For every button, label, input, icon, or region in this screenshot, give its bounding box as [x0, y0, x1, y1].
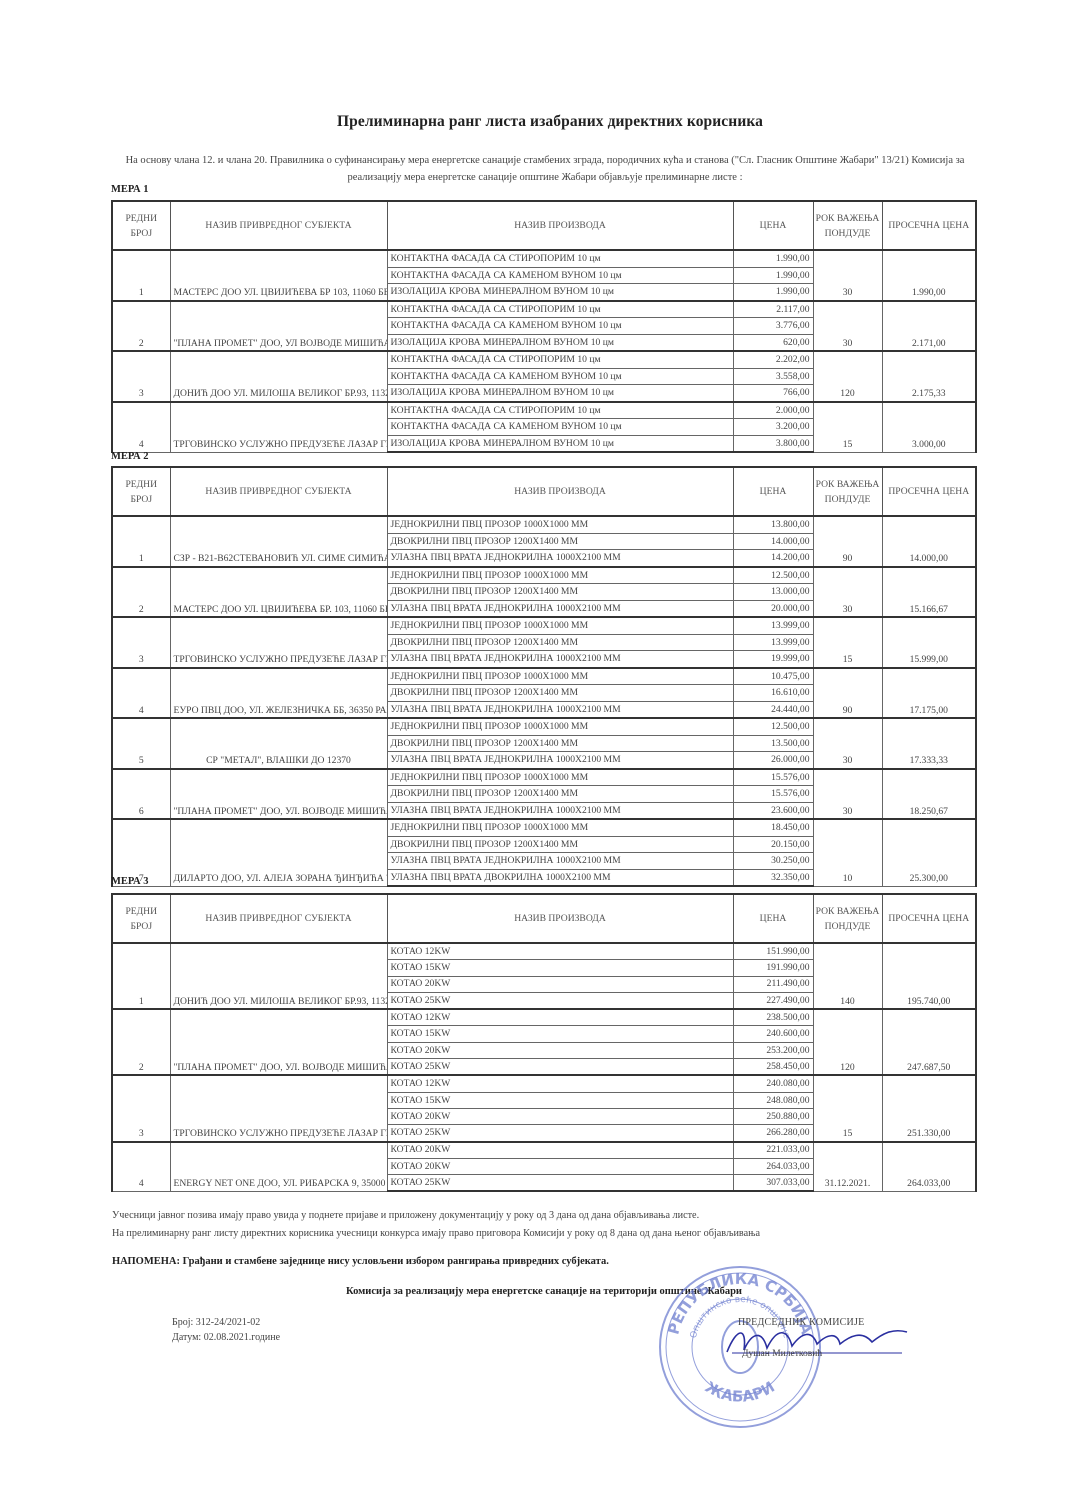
product-price: 264.033,00: [733, 1158, 813, 1174]
product-name: УЛАЗНА ПВЦ ВРАТА ЈЕДНОКРИЛНА 1000Х2100 М…: [387, 802, 733, 819]
product-price: 15.576,00: [733, 769, 813, 786]
product-name: КОНТАКТНА ФАСАДА СА КАМЕНОМ ВУНОМ 10 цм: [387, 318, 733, 335]
average-price: 15.999,00: [882, 617, 976, 668]
product-name: ИЗОЛАЦИЈА КРОВА МИНЕРАЛНОМ ВУНОМ 10 цм: [387, 284, 733, 301]
product-name: КОНТАКТНА ФАСАДА СА КАМЕНОМ ВУНОМ 10 цм: [387, 419, 733, 436]
average-price: 264.033,00: [882, 1142, 976, 1192]
average-price: 2.171,00: [882, 301, 976, 352]
entry-rank: 2: [112, 567, 170, 618]
product-name: КОТАО 20KW: [387, 1158, 733, 1174]
product-name: ДВОКРИЛНИ ПВЦ ПРОЗОР 1200Х1400 ММ: [387, 685, 733, 702]
average-price: 18.250,67: [882, 769, 976, 820]
product-name: УЛАЗНА ПВЦ ВРАТА ЈЕДНОКРИЛНА 1000Х2100 М…: [387, 701, 733, 718]
company-name: "ПЛАНА ПРОМЕТ" ДОО, УЛ ВОЈВОДЕ МИШИЋА БР…: [170, 301, 387, 352]
header-product: НАЗИВ ПРОИЗВОДА: [387, 467, 733, 516]
product-name: КОТАО 25KW: [387, 1175, 733, 1192]
company-name: СЗР - В21-В62СТЕВАНОВИЋ УЛ. СИМЕ СИМИЋА …: [170, 516, 387, 567]
entry-rank: 3: [112, 351, 170, 402]
product-price: 12.500,00: [733, 567, 813, 584]
product-price: 2.117,00: [733, 301, 813, 318]
product-name: КОТАО 15KW: [387, 1026, 733, 1042]
product-name: КОТАО 20KW: [387, 1042, 733, 1058]
entry-rank: 3: [112, 617, 170, 668]
product-name: УЛАЗНА ПВЦ ВРАТА ЈЕДНОКРИЛНА 1000Х2100 М…: [387, 550, 733, 567]
average-price: 3.000,00: [882, 402, 976, 453]
table-row: 1МАСТЕРС ДОО УЛ. ЦВИЈИЋЕВА БР 103, 11060…: [112, 250, 976, 267]
product-name: КОТАО 20KW: [387, 976, 733, 992]
product-name: ДВОКРИЛНИ ПВЦ ПРОЗОР 1200Х1400 ММ: [387, 786, 733, 803]
company-name: "ПЛАНА ПРОМЕТ" ДОО, УЛ. ВОЈВОДЕ МИШИЋА Б…: [170, 769, 387, 820]
product-price: 13.500,00: [733, 735, 813, 752]
table-header-row: РЕДНИ БРОЈНАЗИВ ПРИВРЕДНОГ СУБЈЕКТАНАЗИВ…: [112, 201, 976, 250]
product-name: ДВОКРИЛНИ ПВЦ ПРОЗОР 1200Х1400 ММ: [387, 836, 733, 853]
product-price: 18.450,00: [733, 819, 813, 836]
product-name: ИЗОЛАЦИЈА КРОВА МИНЕРАЛНОМ ВУНОМ 10 цм: [387, 334, 733, 351]
product-price: 191.990,00: [733, 960, 813, 976]
product-price: 151.990,00: [733, 943, 813, 960]
product-name: КОТАО 25KW: [387, 1125, 733, 1142]
product-price: 32.350,00: [733, 869, 813, 886]
product-price: 13.800,00: [733, 516, 813, 533]
header-validity: РОК ВАЖЕЊА ПОНДУДЕ: [813, 201, 882, 250]
company-name: ТРГОВИНСКО УСЛУЖНО ПРЕДУЗЕЋЕ ЛАЗАР ГРОУП…: [170, 402, 387, 453]
header-no: РЕДНИ БРОЈ: [112, 894, 170, 943]
product-name: КОНТАКТНА ФАСАДА СА КАМЕНОМ ВУНОМ 10 цм: [387, 267, 733, 284]
average-price: 14.000,00: [882, 516, 976, 567]
offer-validity: 120: [813, 351, 882, 402]
product-price: 13.000,00: [733, 584, 813, 601]
offer-validity: 30: [813, 250, 882, 301]
product-price: 19.999,00: [733, 651, 813, 668]
product-name: КОНТАКТНА ФАСАДА СА СТИРОПОРИМ 10 цм: [387, 402, 733, 419]
product-name: ДВОКРИЛНИ ПВЦ ПРОЗОР 1200Х1400 ММ: [387, 584, 733, 601]
table-row: 3ДОНИЋ ДОО УЛ. МИЛОША ВЕЛИКОГ БР.93, 113…: [112, 351, 976, 368]
table-row: 7ДИЛАРТО ДОО, УЛ. АЛЕЈА ЗОРАНА ЂИНЂИЋА 7…: [112, 819, 976, 836]
product-name: ДВОКРИЛНИ ПВЦ ПРОЗОР 1200Х1400 ММ: [387, 634, 733, 651]
product-price: 227.490,00: [733, 992, 813, 1009]
note-line-2: На прелиминарну ранг листу директних кор…: [112, 1228, 760, 1239]
product-name: УЛАЗНА ПВЦ ВРАТА ЈЕДНОКРИЛНА 1000Х2100 М…: [387, 651, 733, 668]
product-price: 12.500,00: [733, 718, 813, 735]
product-price: 14.200,00: [733, 550, 813, 567]
commission-name: Комисија за реализацију мера енергетске …: [0, 1286, 1088, 1297]
mera-3-label: МЕРА 3: [111, 876, 148, 887]
product-price: 240.600,00: [733, 1026, 813, 1042]
document-title: Прелиминарна ранг листа изабраних директ…: [0, 113, 1088, 131]
product-name: КОТАО 12KW: [387, 1009, 733, 1026]
table-row: 2МАСТЕРС ДОО УЛ. ЦВИЈИЋЕВА БР. 103, 1106…: [112, 567, 976, 584]
product-name: КОТАО 20KW: [387, 1142, 733, 1159]
mera-2-label: МЕРА 2: [111, 451, 148, 462]
table-row: 3ТРГОВИНСКО УСЛУЖНО ПРЕДУЗЕЋЕ ЛАЗАР ГРОУ…: [112, 617, 976, 634]
offer-validity: 15: [813, 1075, 882, 1141]
offer-validity: 15: [813, 617, 882, 668]
entry-rank: 2: [112, 301, 170, 352]
header-company: НАЗИВ ПРИВРЕДНОГ СУБЈЕКТА: [170, 467, 387, 516]
product-name: КОНТАКТНА ФАСАДА СА СТИРОПОРИМ 10 цм: [387, 351, 733, 368]
entry-rank: 4: [112, 402, 170, 453]
offer-validity: 30: [813, 718, 882, 769]
company-name: ДОНИЋ ДОО УЛ. МИЛОША ВЕЛИКОГ БР.93, 1132…: [170, 351, 387, 402]
entry-rank: 2: [112, 1009, 170, 1075]
table-row: 2"ПЛАНА ПРОМЕТ" ДОО, УЛ. ВОЈВОДЕ МИШИЋА …: [112, 1009, 976, 1026]
product-name: ЈЕДНОКРИЛНИ ПВЦ ПРОЗОР 1000Х1000 ММ: [387, 567, 733, 584]
header-average: ПРОСЕЧНА ЦЕНА: [882, 201, 976, 250]
company-name: МАСТЕРС ДОО УЛ. ЦВИЈИЋЕВА БР 103, 11060 …: [170, 250, 387, 301]
table-header-row: РЕДНИ БРОЈНАЗИВ ПРИВРЕДНОГ СУБЈЕКТАНАЗИВ…: [112, 894, 976, 943]
entry-rank: 4: [112, 1142, 170, 1192]
product-price: 620,00: [733, 334, 813, 351]
product-price: 238.500,00: [733, 1009, 813, 1026]
product-name: ИЗОЛАЦИЈА КРОВА МИНЕРАЛНОМ ВУНОМ 10 цм: [387, 435, 733, 452]
product-name: УЛАЗНА ПВЦ ВРАТА ЈЕДНОКРИЛНА 1000Х2100 М…: [387, 600, 733, 617]
product-price: 3.776,00: [733, 318, 813, 335]
mera-1-label: МЕРА 1: [111, 184, 148, 195]
product-name: ЈЕДНОКРИЛНИ ПВЦ ПРОЗОР 1000Х1000 ММ: [387, 819, 733, 836]
product-price: 253.200,00: [733, 1042, 813, 1058]
table-row: 4ТРГОВИНСКО УСЛУЖНО ПРЕДУЗЕЋЕ ЛАЗАР ГРОУ…: [112, 402, 976, 419]
average-price: 247.687,50: [882, 1009, 976, 1075]
offer-validity: 140: [813, 943, 882, 1009]
entry-rank: 1: [112, 250, 170, 301]
product-price: 266.280,00: [733, 1125, 813, 1142]
document-number: Број: 312-24/2021-02: [172, 1317, 260, 1328]
product-price: 1.990,00: [733, 284, 813, 301]
average-price: 195.740,00: [882, 943, 976, 1009]
product-price: 16.610,00: [733, 685, 813, 702]
offer-validity: 30: [813, 301, 882, 352]
header-product: НАЗИВ ПРОИЗВОДА: [387, 201, 733, 250]
product-name: КОНТАКТНА ФАСАДА СА КАМЕНОМ ВУНОМ 10 цм: [387, 368, 733, 385]
header-validity: РОК ВАЖЕЊА ПОНДУДЕ: [813, 894, 882, 943]
product-price: 3.200,00: [733, 419, 813, 436]
average-price: 17.333,33: [882, 718, 976, 769]
average-price: 2.175,33: [882, 351, 976, 402]
mera-3-table: РЕДНИ БРОЈНАЗИВ ПРИВРЕДНОГ СУБЈЕКТАНАЗИВ…: [111, 893, 977, 1192]
table-row: 4ENERGY NET ONE ДОО, УЛ. РИБАРСКА 9, 350…: [112, 1142, 976, 1159]
product-price: 258.450,00: [733, 1059, 813, 1076]
header-average: ПРОСЕЧНА ЦЕНА: [882, 894, 976, 943]
entry-rank: 5: [112, 718, 170, 769]
product-price: 2.202,00: [733, 351, 813, 368]
table-row: 5СР "МЕТАЛ", ВЛАШКИ ДО 12370ЈЕДНОКРИЛНИ …: [112, 718, 976, 735]
product-price: 20.000,00: [733, 600, 813, 617]
header-validity: РОК ВАЖЕЊА ПОНДУДЕ: [813, 467, 882, 516]
mera-2-table: РЕДНИ БРОЈНАЗИВ ПРИВРЕДНОГ СУБЈЕКТАНАЗИВ…: [111, 466, 977, 887]
average-price: 25.300,00: [882, 819, 976, 886]
table-row: 6"ПЛАНА ПРОМЕТ" ДОО, УЛ. ВОЈВОДЕ МИШИЋА …: [112, 769, 976, 786]
product-name: КОНТАКТНА ФАСАДА СА СТИРОПОРИМ 10 цм: [387, 301, 733, 318]
product-price: 23.600,00: [733, 802, 813, 819]
product-name: ЈЕДНОКРИЛНИ ПВЦ ПРОЗОР 1000Х1000 ММ: [387, 718, 733, 735]
header-no: РЕДНИ БРОЈ: [112, 201, 170, 250]
product-name: КОТАО 15KW: [387, 960, 733, 976]
header-price: ЦЕНА: [733, 467, 813, 516]
product-price: 766,00: [733, 385, 813, 402]
header-company: НАЗИВ ПРИВРЕДНОГ СУБЈЕКТА: [170, 894, 387, 943]
table-row: 1ДОНИЋ ДОО УЛ. МИЛОША ВЕЛИКОГ БР.93, 113…: [112, 943, 976, 960]
product-price: 20.150,00: [733, 836, 813, 853]
product-price: 14.000,00: [733, 533, 813, 550]
company-name: ЕУРО ПВЦ ДОО, УЛ. ЖЕЛЕЗНИЧКА ББ, 36350 Р…: [170, 668, 387, 719]
header-no: РЕДНИ БРОЈ: [112, 467, 170, 516]
product-name: КОТАО 12KW: [387, 1075, 733, 1092]
table-row: 4ЕУРО ПВЦ ДОО, УЛ. ЖЕЛЕЗНИЧКА ББ, 36350 …: [112, 668, 976, 685]
header-price: ЦЕНА: [733, 201, 813, 250]
product-name: КОТАО 20KW: [387, 1108, 733, 1124]
header-average: ПРОСЕЧНА ЦЕНА: [882, 467, 976, 516]
header-company: НАЗИВ ПРИВРЕДНОГ СУБЈЕКТА: [170, 201, 387, 250]
product-name: УЛАЗНА ПВЦ ВРАТА ЈЕДНОКРИЛНА 1000Х2100 М…: [387, 853, 733, 870]
offer-validity: 90: [813, 516, 882, 567]
header-price: ЦЕНА: [733, 894, 813, 943]
product-name: КОНТАКТНА ФАСАДА СА СТИРОПОРИМ 10 цм: [387, 250, 733, 267]
product-name: КОТАО 15KW: [387, 1092, 733, 1108]
average-price: 15.166,67: [882, 567, 976, 618]
product-price: 10.475,00: [733, 668, 813, 685]
product-price: 307.033,00: [733, 1175, 813, 1192]
offer-validity: 30: [813, 567, 882, 618]
entry-rank: 4: [112, 668, 170, 719]
company-name: "ПЛАНА ПРОМЕТ" ДОО, УЛ. ВОЈВОДЕ МИШИЋА Б…: [170, 1009, 387, 1075]
table-header-row: РЕДНИ БРОЈНАЗИВ ПРИВРЕДНОГ СУБЈЕКТАНАЗИВ…: [112, 467, 976, 516]
product-name: КОТАО 25KW: [387, 1059, 733, 1076]
product-name: ДВОКРИЛНИ ПВЦ ПРОЗОР 1200Х1400 ММ: [387, 533, 733, 550]
mera-1-table: РЕДНИ БРОЈНАЗИВ ПРИВРЕДНОГ СУБЈЕКТАНАЗИВ…: [111, 200, 977, 453]
product-price: 1.990,00: [733, 250, 813, 267]
product-price: 13.999,00: [733, 617, 813, 634]
product-price: 26.000,00: [733, 752, 813, 769]
product-price: 221.033,00: [733, 1142, 813, 1159]
product-price: 15.576,00: [733, 786, 813, 803]
product-name: КОТАО 12KW: [387, 943, 733, 960]
offer-validity: 120: [813, 1009, 882, 1075]
company-name: ENERGY NET ONE ДОО, УЛ. РИБАРСКА 9, 3500…: [170, 1142, 387, 1192]
note-line-1: Учесници јавног позива имају право увида…: [112, 1210, 699, 1221]
offer-validity: 10: [813, 819, 882, 886]
offer-validity: 15: [813, 402, 882, 453]
product-price: 3.558,00: [733, 368, 813, 385]
header-product: НАЗИВ ПРОИЗВОДА: [387, 894, 733, 943]
company-name: МАСТЕРС ДОО УЛ. ЦВИЈИЋЕВА БР. 103, 11060…: [170, 567, 387, 618]
average-price: 251.330,00: [882, 1075, 976, 1141]
product-price: 248.080,00: [733, 1092, 813, 1108]
offer-validity: 31.12.2021.: [813, 1142, 882, 1192]
product-name: ЈЕДНОКРИЛНИ ПВЦ ПРОЗОР 1000Х1000 ММ: [387, 617, 733, 634]
entry-rank: 1: [112, 516, 170, 567]
president-name: Душан Милетковић: [742, 1349, 822, 1359]
product-name: ЈЕДНОКРИЛНИ ПВЦ ПРОЗОР 1000Х1000 ММ: [387, 668, 733, 685]
product-price: 24.440,00: [733, 701, 813, 718]
table-row: 2"ПЛАНА ПРОМЕТ" ДОО, УЛ ВОЈВОДЕ МИШИЋА Б…: [112, 301, 976, 318]
product-price: 250.880,00: [733, 1108, 813, 1124]
company-name: ДИЛАРТО ДОО, УЛ. АЛЕЈА ЗОРАНА ЂИНЂИЋА 7,…: [170, 819, 387, 886]
company-name: ДОНИЋ ДОО УЛ. МИЛОША ВЕЛИКОГ БР.93, 1132…: [170, 943, 387, 1009]
product-price: 13.999,00: [733, 634, 813, 651]
product-name: КОТАО 25KW: [387, 992, 733, 1009]
average-price: 1.990,00: [882, 250, 976, 301]
table-row: 1СЗР - В21-В62СТЕВАНОВИЋ УЛ. СИМЕ СИМИЋА…: [112, 516, 976, 533]
product-price: 3.800,00: [733, 435, 813, 452]
offer-validity: 90: [813, 668, 882, 719]
entry-rank: 3: [112, 1075, 170, 1141]
product-price: 2.000,00: [733, 402, 813, 419]
product-name: ИЗОЛАЦИЈА КРОВА МИНЕРАЛНОМ ВУНОМ 10 цм: [387, 385, 733, 402]
product-price: 211.490,00: [733, 976, 813, 992]
entry-rank: 6: [112, 769, 170, 820]
offer-validity: 30: [813, 769, 882, 820]
product-price: 1.990,00: [733, 267, 813, 284]
intro-paragraph: На основу члана 12. и члана 20. Правилни…: [120, 152, 970, 186]
entry-rank: 1: [112, 943, 170, 1009]
svg-text:ЖАБАРИ: ЖАБАРИ: [702, 1378, 778, 1406]
company-name: ТРГОВИНСКО УСЛУЖНО ПРЕДУЗЕЋЕ ЛАЗАР ГРОУП…: [170, 617, 387, 668]
napomena-note: НАПОМЕНА: Грађани и стамбене заједнице н…: [112, 1256, 609, 1267]
product-name: ДВОКРИЛНИ ПВЦ ПРОЗОР 1200Х1400 ММ: [387, 735, 733, 752]
table-row: 3ТРГОВИНСКО УСЛУЖНО ПРЕДУЗЕЋЕ ЛАЗАР ГРОУ…: [112, 1075, 976, 1092]
company-name: ТРГОВИНСКО УСЛУЖНО ПРЕДУЗЕЋЕ ЛАЗАР ГРОУП…: [170, 1075, 387, 1141]
company-name: СР "МЕТАЛ", ВЛАШКИ ДО 12370: [170, 718, 387, 769]
product-name: ЈЕДНОКРИЛНИ ПВЦ ПРОЗОР 1000Х1000 ММ: [387, 769, 733, 786]
document-date: Датум: 02.08.2021.године: [172, 1332, 280, 1343]
product-name: УЛАЗНА ПВЦ ВРАТА ЈЕДНОКРИЛНА 1000Х2100 М…: [387, 752, 733, 769]
product-price: 30.250,00: [733, 853, 813, 870]
product-name: ЈЕДНОКРИЛНИ ПВЦ ПРОЗОР 1000Х1000 ММ: [387, 516, 733, 533]
product-name: УЛАЗНА ПВЦ ВРАТА ДВОКРИЛНА 1000Х2100 ММ: [387, 869, 733, 886]
average-price: 17.175,00: [882, 668, 976, 719]
product-price: 240.080,00: [733, 1075, 813, 1092]
